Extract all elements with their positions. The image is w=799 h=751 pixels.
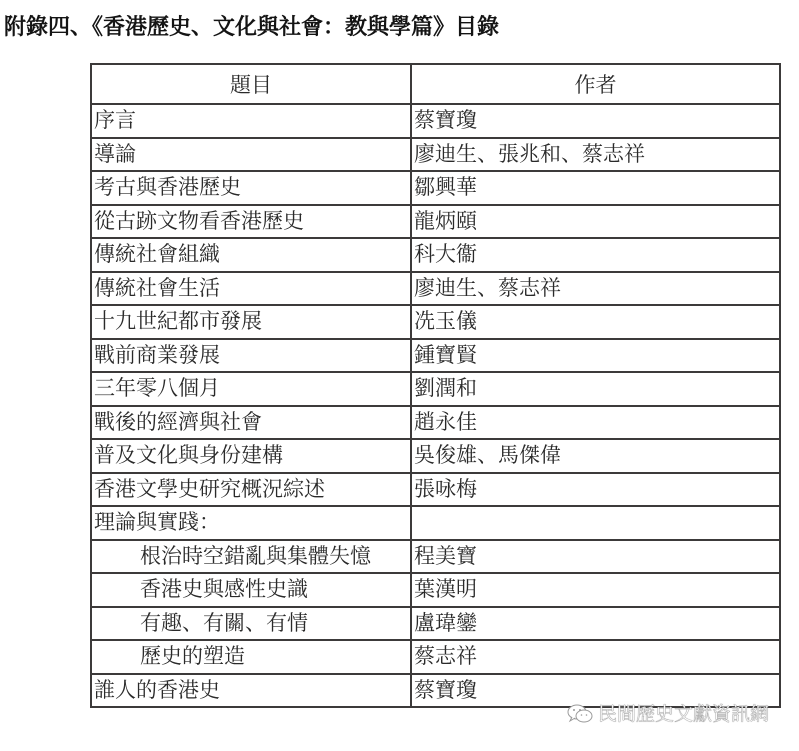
chapter-author: 廖迪生、蔡志祥 bbox=[411, 272, 780, 306]
chapter-title: 導論 bbox=[91, 138, 411, 172]
chapter-author: 趙永佳 bbox=[411, 406, 780, 440]
chapter-author: 龍炳頤 bbox=[411, 205, 780, 239]
column-header-title: 題目 bbox=[91, 64, 411, 104]
chapter-author: 蔡寶瓊 bbox=[411, 104, 780, 138]
table-row: 導論 廖迪生、張兆和、蔡志祥 bbox=[91, 138, 780, 172]
table-header-row: 題目 作者 bbox=[91, 64, 780, 104]
subsection-title: 歷史的塑造 bbox=[91, 640, 411, 674]
wechat-icon bbox=[566, 703, 594, 725]
chapter-author: 科大衞 bbox=[411, 238, 780, 272]
chapter-author: 程美寶 bbox=[411, 540, 780, 574]
chapter-title: 傳統社會生活 bbox=[91, 272, 411, 306]
table-row: 香港文學史研究概況綜述 張咏梅 bbox=[91, 473, 780, 507]
table-row: 三年零八個月 劉潤和 bbox=[91, 372, 780, 406]
watermark: 民間歷史文獻資訊網 bbox=[566, 702, 769, 726]
chapter-author: 冼玉儀 bbox=[411, 305, 780, 339]
table-row: 傳統社會生活 廖迪生、蔡志祥 bbox=[91, 272, 780, 306]
chapter-author: 張咏梅 bbox=[411, 473, 780, 507]
section-title: 理論與實踐： bbox=[91, 506, 411, 540]
table-row-section: 理論與實踐： bbox=[91, 506, 780, 540]
chapter-title: 普及文化與身份建構 bbox=[91, 439, 411, 473]
table-row-subsection: 香港史與感性史識 葉漢明 bbox=[91, 573, 780, 607]
table-row: 從古跡文物看香港歷史 龍炳頤 bbox=[91, 205, 780, 239]
chapter-author: 蔡志祥 bbox=[411, 640, 780, 674]
chapter-author: 盧瑋鑾 bbox=[411, 607, 780, 641]
table-row: 十九世紀都市發展 冼玉儀 bbox=[91, 305, 780, 339]
table-row-subsection: 根治時空錯亂與集體失憶 程美寶 bbox=[91, 540, 780, 574]
table-row-subsection: 有趣、有關、有情 盧瑋鑾 bbox=[91, 607, 780, 641]
chapter-title: 考古與香港歷史 bbox=[91, 171, 411, 205]
subsection-title: 有趣、有關、有情 bbox=[91, 607, 411, 641]
table-row-subsection: 歷史的塑造 蔡志祥 bbox=[91, 640, 780, 674]
subsection-title: 香港史與感性史識 bbox=[91, 573, 411, 607]
chapter-title: 傳統社會組織 bbox=[91, 238, 411, 272]
chapter-title: 戰前商業發展 bbox=[91, 339, 411, 373]
table-row: 普及文化與身份建構 吳俊雄、馬傑偉 bbox=[91, 439, 780, 473]
table-row: 考古與香港歷史 鄒興華 bbox=[91, 171, 780, 205]
column-header-author: 作者 bbox=[411, 64, 780, 104]
chapter-author bbox=[411, 506, 780, 540]
chapter-title: 十九世紀都市發展 bbox=[91, 305, 411, 339]
chapter-author: 吳俊雄、馬傑偉 bbox=[411, 439, 780, 473]
chapter-title: 誰人的香港史 bbox=[91, 674, 411, 708]
chapter-author: 鍾寶賢 bbox=[411, 339, 780, 373]
table-row: 戰前商業發展 鍾寶賢 bbox=[91, 339, 780, 373]
chapter-title: 從古跡文物看香港歷史 bbox=[91, 205, 411, 239]
watermark-text: 民間歷史文獻資訊網 bbox=[598, 702, 769, 726]
table-row: 戰後的經濟與社會 趙永佳 bbox=[91, 406, 780, 440]
chapter-title: 香港文學史研究概況綜述 bbox=[91, 473, 411, 507]
chapter-author: 劉潤和 bbox=[411, 372, 780, 406]
table-row: 序言 蔡寶瓊 bbox=[91, 104, 780, 138]
page-title: 附錄四、《香港歷史、文化與社會：教與學篇》目錄 bbox=[4, 12, 499, 42]
chapter-author: 廖迪生、張兆和、蔡志祥 bbox=[411, 138, 780, 172]
table-row: 傳統社會組織 科大衞 bbox=[91, 238, 780, 272]
chapter-title: 戰後的經濟與社會 bbox=[91, 406, 411, 440]
subsection-title: 根治時空錯亂與集體失憶 bbox=[91, 540, 411, 574]
chapter-title: 三年零八個月 bbox=[91, 372, 411, 406]
chapter-author: 葉漢明 bbox=[411, 573, 780, 607]
table-of-contents: 題目 作者 序言 蔡寶瓊 導論 廖迪生、張兆和、蔡志祥 考古與香港歷史 鄒興華 … bbox=[90, 63, 781, 708]
chapter-title: 序言 bbox=[91, 104, 411, 138]
chapter-author: 鄒興華 bbox=[411, 171, 780, 205]
